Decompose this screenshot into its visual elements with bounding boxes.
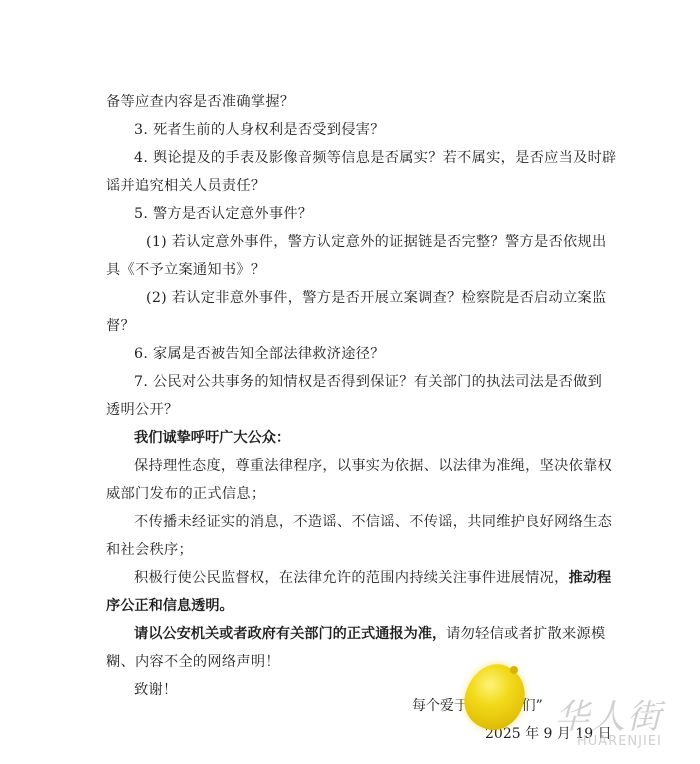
question-4: 4. 舆论提及的手表及影像音频等信息是否属实？若不属实，是否应当及时辟	[106, 144, 580, 172]
question-5-1: (1) 若认定意外事件，警方认定意外的证据链是否完整？警方是否依规出	[106, 228, 580, 256]
question-6: 6. 家属是否被告知全部法律救济途径？	[106, 340, 580, 368]
watermark-script: 华人街	[555, 700, 695, 734]
question-3: 3. 死者生前的人身权利是否受到侵害？	[106, 116, 580, 144]
appeal-2: 不传播未经证实的消息，不造谣、不信谣、不传谣，共同维护良好网络生态	[106, 508, 580, 536]
appeal-1: 保持理性态度，尊重法律程序，以事实为依据、以法律为准绳，坚决依靠权	[106, 452, 580, 480]
notice: 请以公安机关或者政府有关部门的正式通报为准，请勿轻信或者扩散来源模	[106, 620, 580, 648]
lemon-tip-icon	[510, 666, 518, 674]
question-5: 5. 警方是否认定意外事件？	[106, 200, 580, 228]
question-4-cont: 谣并追究相关人员责任？	[106, 172, 580, 200]
notice-text: 请勿轻信或者扩散来源模	[446, 626, 605, 642]
appeal-heading: 我们诚挚呼吁广大公众：	[106, 424, 580, 452]
watermark-latin: HUARENJIEI	[577, 734, 695, 749]
paragraph-line: 备等应查内容是否准确掌握？	[106, 88, 580, 116]
appeal-2-cont: 和社会秩序；	[106, 536, 580, 564]
appeal-3-bold: 推动程	[569, 570, 612, 586]
question-7-cont: 透明公开？	[106, 396, 580, 424]
question-5-1-cont: 具《不予立案通知书》？	[106, 256, 580, 284]
appeal-3-text: 积极行使公民监督权，在法律允许的范围内持续关注事件进展情况，	[134, 570, 569, 586]
question-5-2: (2) 若认定非意外事件，警方是否开展立案调查？检察院是否启动立案监	[106, 284, 580, 312]
appeal-1-cont: 威部门发布的正式信息；	[106, 480, 580, 508]
appeal-3: 积极行使公民监督权，在法律允许的范围内持续关注事件进展情况，推动程	[106, 564, 580, 592]
notice-bold: 请以公安机关或者政府有关部门的正式通报为准，	[134, 626, 446, 642]
watermark: 华人街 HUARENJIEI	[555, 700, 695, 760]
question-7: 7. 公民对公共事务的知情权是否得到保证？有关部门的执法司法是否做到	[106, 368, 580, 396]
question-5-2-cont: 督？	[106, 312, 580, 340]
document-body: 备等应查内容是否准确掌握？ 3. 死者生前的人身权利是否受到侵害？ 4. 舆论提…	[106, 88, 580, 704]
appeal-3-cont: 序公正和信息透明。	[106, 592, 580, 620]
